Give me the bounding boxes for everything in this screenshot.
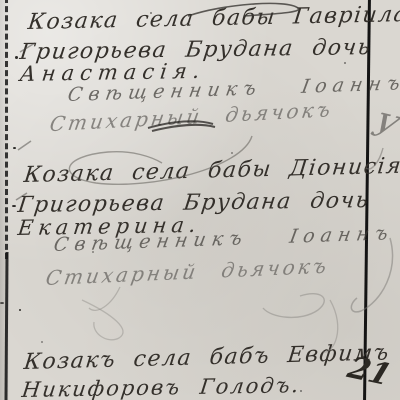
document-page: Козака села бабы Гавріила Григорьева Бру… bbox=[0, 0, 400, 400]
scan-speck bbox=[300, 390, 302, 392]
scan-speck bbox=[150, 12, 152, 14]
entry1-margin-mark: У bbox=[366, 105, 400, 147]
entry2-sexton-signature: Стихарный дьячокъ bbox=[44, 254, 331, 291]
entry3-line2: Никифоровъ Голодъ. bbox=[21, 373, 302, 400]
entry3-line1: Козакъ села бабъ Евфимъ bbox=[23, 340, 392, 375]
scan-speck bbox=[15, 56, 18, 59]
entry2-line1: Козака села бабы Діонисія bbox=[23, 154, 400, 188]
left-column-rule-dashed bbox=[5, 0, 8, 259]
scan-speck bbox=[19, 309, 21, 311]
entry1-line1: Козака села бабы Гавріила bbox=[27, 2, 400, 35]
left-column-rule-solid bbox=[4, 252, 8, 400]
flourish-right-margin-curl bbox=[351, 238, 392, 312]
flourish-mid-hook bbox=[263, 294, 324, 318]
scan-speck bbox=[12, 205, 16, 207]
flourish-left-loop bbox=[82, 300, 123, 340]
scan-speck bbox=[13, 147, 16, 149]
scan-speck bbox=[41, 341, 43, 343]
scan-speck bbox=[0, 302, 4, 304]
scan-speck bbox=[231, 152, 233, 154]
flourish-descender bbox=[89, 287, 120, 310]
scan-speck bbox=[344, 62, 346, 64]
scan-speck bbox=[92, 251, 94, 253]
